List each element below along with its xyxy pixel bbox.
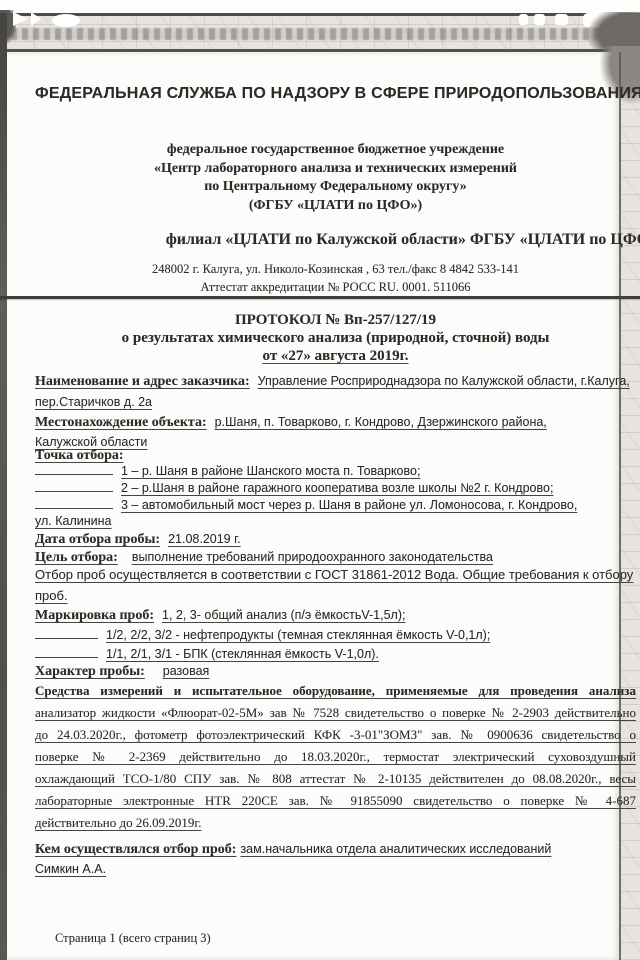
- org-line: по Центральному Федеральному округу»: [35, 178, 636, 197]
- field-value: 21.08.2019 г.: [168, 532, 241, 546]
- gost-reference: Отбор проб осуществляется в соответствии…: [35, 566, 636, 583]
- protocol-date: от «27» августа 2019г.: [35, 347, 636, 365]
- field-purpose: Цель отбора:выполнение требований природ…: [35, 548, 636, 566]
- field-customer-cont: пер.Старичков д. 2а: [35, 393, 636, 411]
- field-label: Характер пробы:: [35, 664, 145, 679]
- blank-line: [35, 478, 113, 492]
- contact-block: 248002 г. Калуга, ул. Николо-Козинская ,…: [35, 260, 640, 296]
- scan-artifact-streak: [0, 28, 640, 40]
- field-marking-2: 1/2, 2/2, 3/2 - нефтепродукты (темная ст…: [35, 625, 636, 644]
- scanned-protocol-page: ФЕДЕРАЛЬНАЯ СЛУЖБА ПО НАДЗОРУ В СФЕРЕ ПР…: [0, 0, 640, 960]
- field-label: Дата отбора пробы:: [35, 532, 160, 547]
- org-line: «Центр лабораторного анализа и техническ…: [35, 160, 636, 179]
- field-label: Местонахождение объекта:: [35, 415, 207, 430]
- page-number: Страница 1 (всего страниц 3): [55, 930, 455, 947]
- equipment-label: Средства измерений и испытательное обору…: [35, 682, 636, 704]
- equipment-line: поверке № 2-2369 действительно до 18.03.…: [35, 748, 636, 770]
- agency-title: ФЕДЕРАЛЬНАЯ СЛУЖБА ПО НАДЗОРУ В СФЕРЕ ПР…: [35, 85, 640, 102]
- sampling-point-3-cont: ул. Калинина: [35, 512, 636, 530]
- document-content: ФЕДЕРАЛЬНАЯ СЛУЖБА ПО НАДЗОРУ В СФЕРЕ ПР…: [35, 52, 636, 960]
- point-text: 3 – автомобильный мост через р. Шаня в р…: [121, 498, 577, 512]
- field-marking-3: 1/1, 2/1, 3/1 - БПК (стеклянная ёмкость …: [35, 644, 636, 663]
- blank-line: [35, 495, 113, 509]
- blank-line: [35, 461, 113, 475]
- marking-text: 1/1, 2/1, 3/1 - БПК (стеклянная ёмкость …: [106, 647, 379, 661]
- field-label: Цель отбора:: [35, 550, 118, 565]
- point-text: 1 – р. Шаня в районе Шанского моста п. Т…: [121, 464, 420, 478]
- equipment-line: лабораторные электронные HTR 220CE зав. …: [35, 792, 636, 814]
- equipment-section: Средства измерений и испытательное обору…: [35, 682, 636, 836]
- accreditation-number: Аттестат аккредитации № РОСС RU. 0001. 5…: [35, 278, 636, 296]
- scan-artifact-mark: [519, 14, 528, 25]
- marking-text: 1/2, 2/2, 3/2 - нефтепродукты (темная ст…: [106, 628, 490, 642]
- field-location: Местонахождение объекта:р.Шаня, п. Товар…: [35, 413, 636, 431]
- gost-text: Отбор проб осуществляется в соответствии…: [35, 567, 633, 582]
- field-value: выполнение требований природоохранного з…: [132, 550, 493, 564]
- field-label: Наименование и адрес заказчика:: [35, 374, 250, 389]
- field-value: Управление Росприроднадзора по Калужской…: [258, 374, 630, 388]
- org-address: 248002 г. Калуга, ул. Николо-Козинская ,…: [35, 260, 636, 278]
- field-value: зам.начальника отдела аналитических иссл…: [240, 842, 551, 856]
- field-label: Маркировка проб:: [35, 608, 154, 623]
- equipment-line: действительно до 26.09.2019г.: [35, 814, 636, 836]
- gost-reference-cont: проб.: [35, 587, 636, 604]
- scan-artifact-mark: [534, 14, 545, 25]
- blank-line: [35, 625, 98, 639]
- sampler-name: Симкин А.А.: [35, 860, 636, 878]
- marking-text: 1, 2, 3- общий анализ (п/э ёмкостьV-1,5л…: [162, 608, 405, 622]
- org-line: федеральное государственное бюджетное уч…: [35, 141, 636, 160]
- org-line: (ФГБУ «ЦЛАТИ по ЦФО»): [35, 197, 636, 216]
- point-text: 2 – р.Шаня в районе гаражного кооператив…: [121, 481, 553, 495]
- scan-artifact-oval: [52, 14, 80, 27]
- field-value: пер.Старичков д. 2а: [35, 395, 152, 409]
- field-customer: Наименование и адрес заказчика:Управлени…: [35, 372, 636, 390]
- field-value: Симкин А.А.: [35, 862, 106, 876]
- protocol-number: ПРОТОКОЛ № Вп-257/127/19: [35, 311, 636, 329]
- equipment-line: до 24.03.2020г., фотометр фотоэлектричес…: [35, 726, 636, 748]
- field-sample-type: Характер пробы:разовая: [35, 662, 636, 680]
- field-value: разовая: [163, 664, 210, 678]
- scan-artifact-mark: [555, 14, 568, 25]
- equipment-line: анализатор жидкости «Флюорат-02-5М» зав …: [35, 704, 636, 726]
- field-sampler: Кем осуществлялся отбор проб:зам.начальн…: [35, 840, 636, 858]
- org-name-block: федеральное государственное бюджетное уч…: [35, 141, 640, 215]
- point-text: ул. Калинина: [35, 514, 111, 528]
- field-marking: Маркировка проб:1, 2, 3- общий анализ (п…: [35, 606, 636, 624]
- gost-text: проб.: [35, 588, 68, 603]
- scan-artifact-arrow-icon: [13, 12, 28, 26]
- field-sampling-date: Дата отбора пробы:21.08.2019 г.: [35, 530, 636, 548]
- scan-left-edge: [0, 13, 7, 960]
- scan-artifact-arrow-icon: [31, 12, 41, 26]
- scan-top-margin: [0, 0, 640, 13]
- field-label: Кем осуществлялся отбор проб:: [35, 842, 236, 857]
- branch-name: филиал «ЦЛАТИ по Калужской области» ФГБУ…: [35, 231, 640, 248]
- field-value: р.Шаня, п. Товарково, г. Кондрово, Дзерж…: [215, 415, 547, 429]
- blank-line: [35, 644, 98, 658]
- equipment-line: охлаждающий ТСО-1/80 СПУ зав. № 808 атте…: [35, 770, 636, 792]
- protocol-subtitle: о результатах химического анализа (приро…: [35, 329, 636, 347]
- protocol-heading: ПРОТОКОЛ № Вп-257/127/19 о результатах х…: [35, 311, 640, 365]
